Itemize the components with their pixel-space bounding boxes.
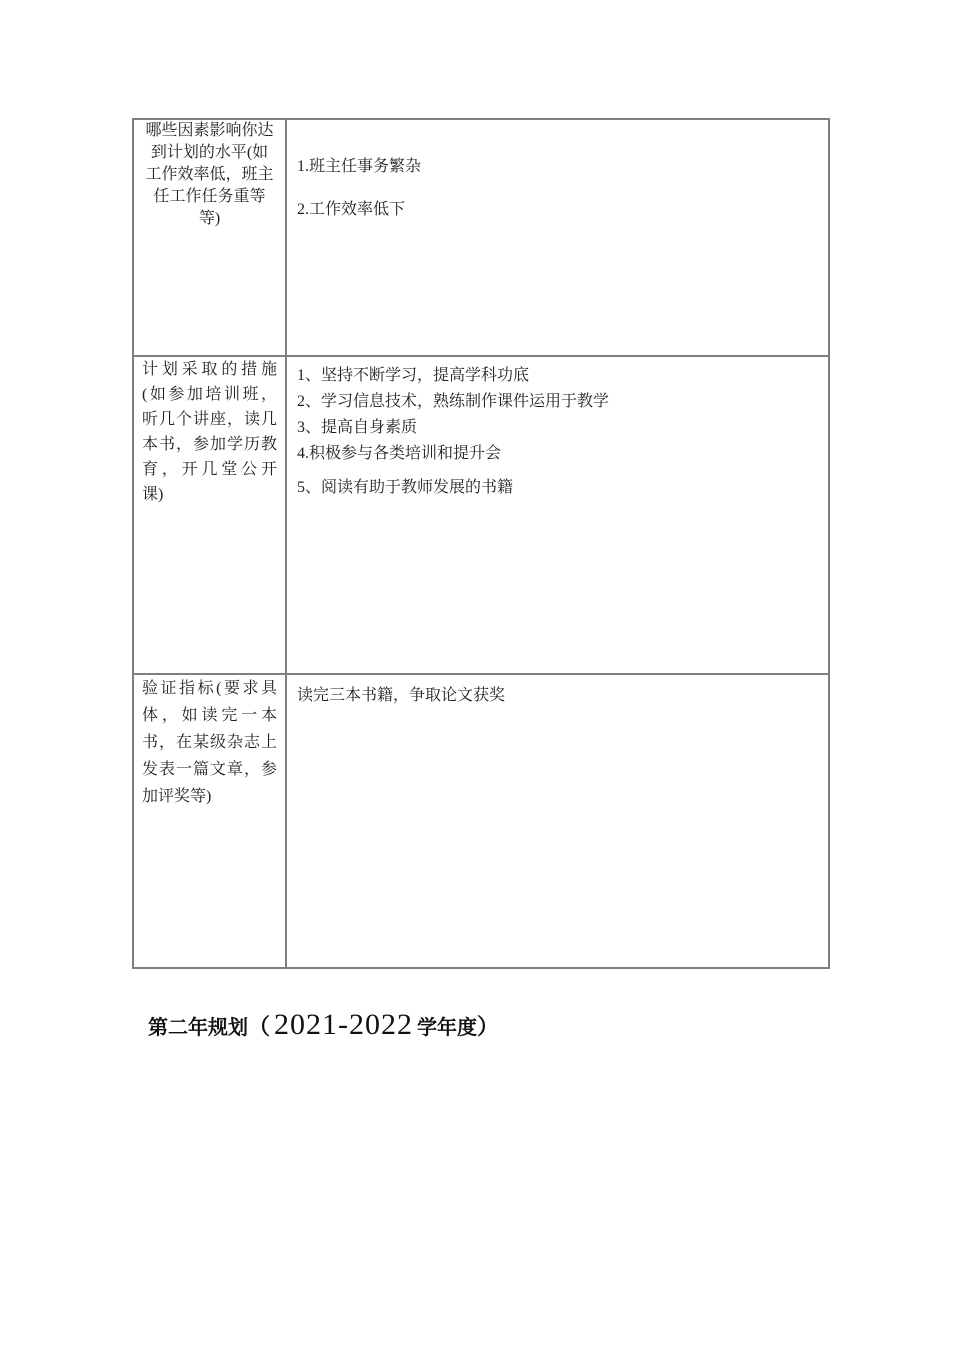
label-line: 课) [142, 482, 277, 507]
row-content-cell: 1、坚持不断学习，提高学科功底 2、学习信息技术，熟练制作课件运用于教学 3、提… [286, 356, 829, 674]
label-line: 育，开几堂公开 [142, 457, 277, 482]
table-row-measures: 计划采取的措施 (如参加培训班， 听几个讲座，读几 本书，参加学历教 育，开几堂… [133, 356, 829, 674]
content-item: 2.工作效率低下 [297, 199, 818, 221]
heading-paren-close: ） [477, 1010, 499, 1041]
row-label-cell: 哪些因素影响你达 到计划的水平(如 工作效率低，班主 任工作任务重等 等) [133, 119, 286, 356]
label-line: 发表一篇文章，参 [142, 756, 277, 783]
label-line: 计划采取的措施 [142, 357, 277, 382]
content-item: 读完三本书籍，争取论文获奖 [297, 685, 818, 707]
label-line: 听几个讲座，读几 [142, 407, 277, 432]
plan-table: 哪些因素影响你达 到计划的水平(如 工作效率低，班主 任工作任务重等 等) 1.… [132, 118, 830, 969]
table-row-indicators: 验证指标(要求具 体，如读完一本 书，在某级杂志上 发表一篇文章，参 加评奖等)… [133, 674, 829, 968]
section-heading: 第二年规划 （ 2021-2022 学年度 ） [148, 1008, 499, 1048]
heading-years: 2021-2022 [274, 1008, 413, 1042]
row-label-cell: 计划采取的措施 (如参加培训班， 听几个讲座，读几 本书，参加学历教 育，开几堂… [133, 356, 286, 674]
label-line: 哪些因素影响你达 [142, 120, 277, 142]
row-content-cell: 1.班主任事务繁杂 2.工作效率低下 [286, 119, 829, 356]
label-line: 本书，参加学历教 [142, 432, 277, 457]
content-item: 1、坚持不断学习，提高学科功底 [297, 363, 818, 389]
heading-title: 第二年规划 [148, 1008, 248, 1048]
label-line: 任工作任务重等 [142, 186, 277, 208]
content-item: 3、提高自身素质 [297, 415, 818, 441]
content-item: 4.积极参与各类培训和提升会 [297, 441, 818, 467]
content-item: 1.班主任事务繁杂 [297, 156, 818, 178]
row-content-cell: 读完三本书籍，争取论文获奖 [286, 674, 829, 968]
heading-paren-open: （ [248, 1010, 270, 1041]
label-line: 体，如读完一本 [142, 702, 277, 729]
table-row-factors: 哪些因素影响你达 到计划的水平(如 工作效率低，班主 任工作任务重等 等) 1.… [133, 119, 829, 356]
content-item: 5、阅读有助于教师发展的书籍 [297, 475, 818, 501]
heading-suffix: 学年度 [417, 1008, 477, 1048]
label-line: 工作效率低，班主 [142, 164, 277, 186]
label-line: 到计划的水平(如 [142, 142, 277, 164]
label-line: 书，在某级杂志上 [142, 729, 277, 756]
label-line: (如参加培训班， [142, 382, 277, 407]
content-item: 2、学习信息技术，熟练制作课件运用于教学 [297, 389, 818, 415]
label-line: 等) [142, 208, 277, 230]
label-line: 加评奖等) [142, 783, 277, 810]
label-line: 验证指标(要求具 [142, 675, 277, 702]
document-page: 哪些因素影响你达 到计划的水平(如 工作效率低，班主 任工作任务重等 等) 1.… [0, 0, 960, 1357]
row-label-cell: 验证指标(要求具 体，如读完一本 书，在某级杂志上 发表一篇文章，参 加评奖等) [133, 674, 286, 968]
